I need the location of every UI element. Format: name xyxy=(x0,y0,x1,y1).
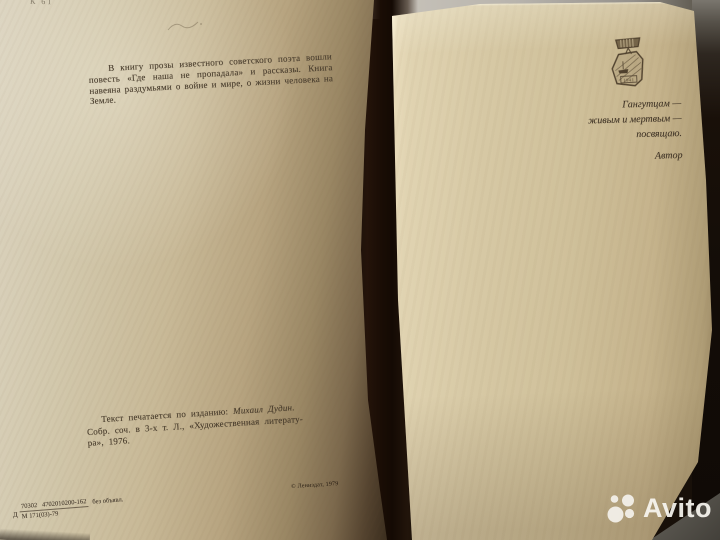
dedication: Гангутцам — живым и мертвым — посвящаю. … xyxy=(535,96,683,167)
gangut-medal-icon: 1941 xyxy=(602,35,657,94)
print-code-prefix: Д xyxy=(13,511,18,519)
print-code-note: без объявл. xyxy=(92,496,123,505)
annotation-paragraph: В книгу прозы известного советского поэт… xyxy=(88,51,334,107)
dedication-line3: посвящаю. xyxy=(536,126,682,145)
pencil-inventory-mark: К 61 xyxy=(30,0,53,6)
print-code: Д 70302 4702010200-162 М 171(03)-79 без … xyxy=(12,495,124,521)
left-page: К 61 В книгу прозы известного советского… xyxy=(0,0,390,540)
avito-logo-icon xyxy=(606,492,638,524)
ink-smudge xyxy=(165,15,205,35)
avito-wordmark: Avito xyxy=(643,495,712,522)
print-code-fraction: 70302 4702010200-162 М 171(03)-79 xyxy=(19,498,90,520)
copyright-line: © Лениздат, 1979 xyxy=(291,481,339,490)
book-photo: К 61 В книгу прозы известного советского… xyxy=(0,0,720,540)
avito-watermark: Avito xyxy=(606,492,712,524)
edition-note: Текст печатается по изданию: Михаил Дуди… xyxy=(86,399,350,449)
page-bottom-shadow xyxy=(0,526,90,540)
medal-year-label: 1941 xyxy=(623,77,634,83)
right-page: 1941 Гангутцам — живым и мертвым — посвя… xyxy=(385,0,720,540)
dedication-signature: Автор xyxy=(536,148,682,167)
